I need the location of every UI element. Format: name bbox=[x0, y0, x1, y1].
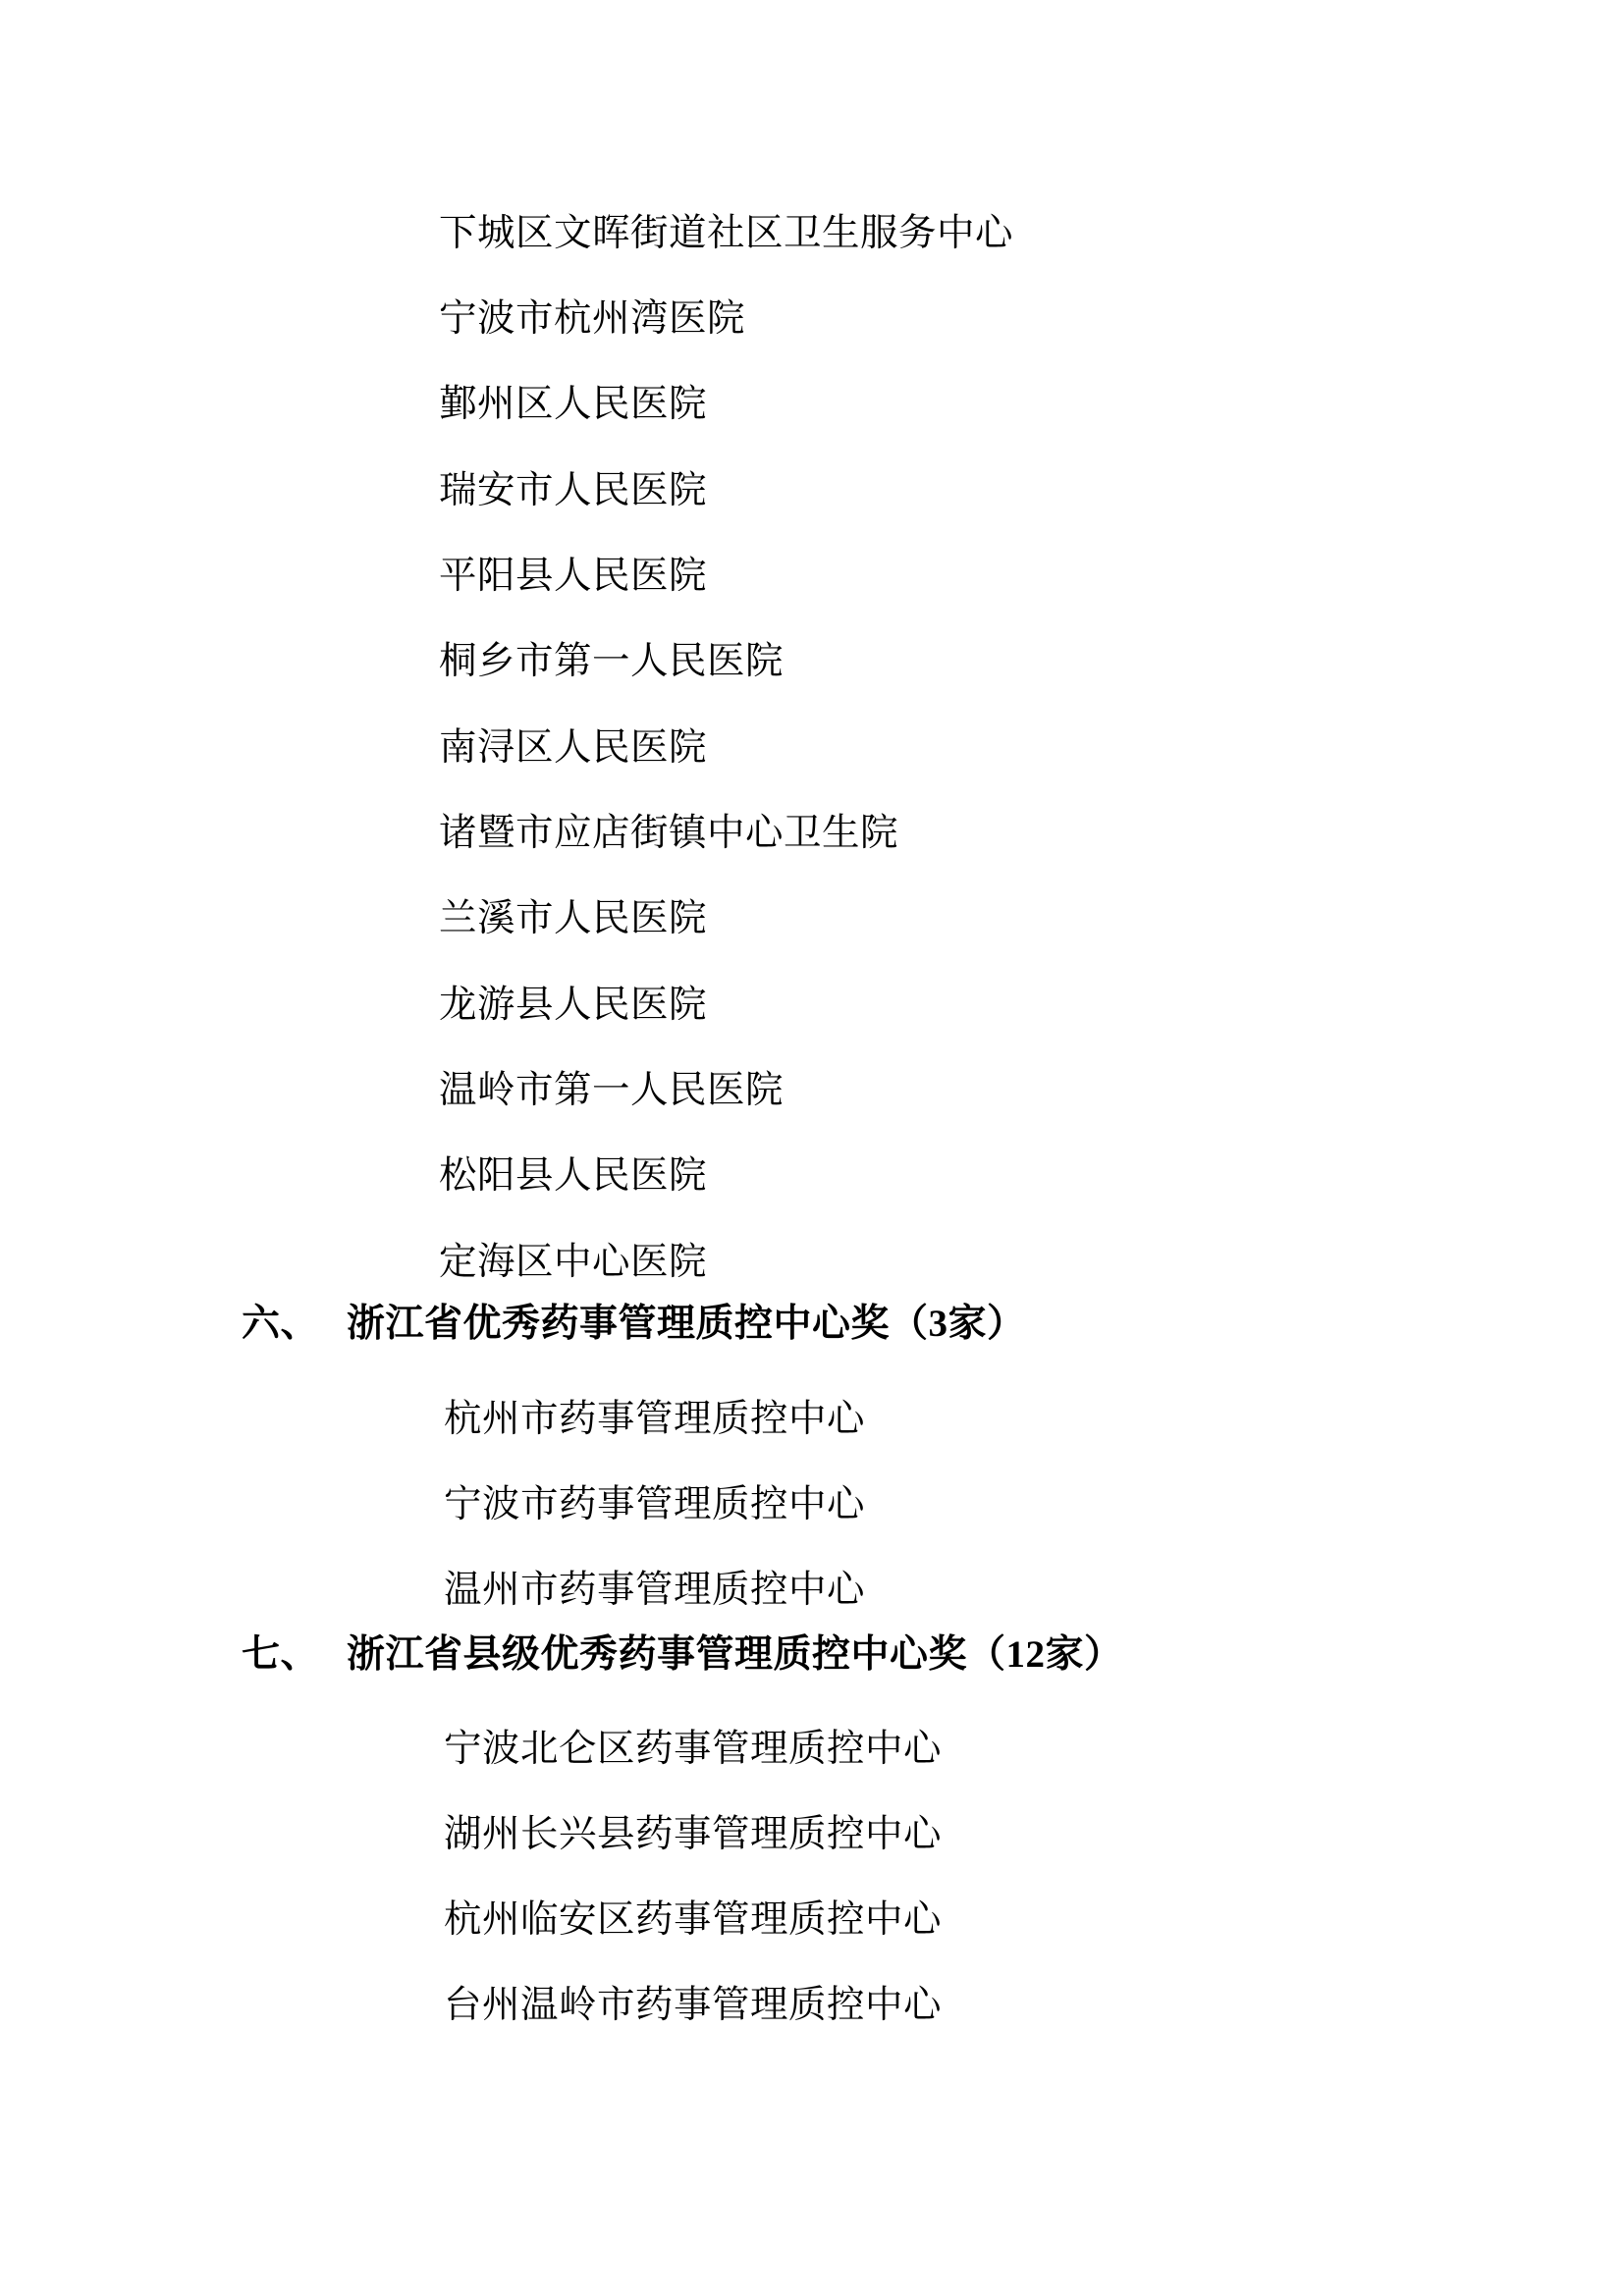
hospital-list-item: 鄞州区人民医院 bbox=[439, 383, 707, 426]
hospital-list-item: 定海区中心医院 bbox=[439, 1241, 707, 1284]
hospital-list-item: 瑞安市人民医院 bbox=[439, 469, 707, 512]
award-item: 杭州市药事管理质控中心 bbox=[444, 1398, 865, 1441]
section-number: 六、 bbox=[242, 1302, 347, 1347]
award-item: 湖州长兴县药事管理质控中心 bbox=[444, 1813, 942, 1856]
hospital-list-item: 温岭市第一人民医院 bbox=[439, 1069, 784, 1112]
hospital-list-item: 下城区文晖街道社区卫生服务中心 bbox=[439, 212, 1013, 255]
document-page: 下城区文晖街道社区卫生服务中心 宁波市杭州湾医院 鄞州区人民医院 瑞安市人民医院… bbox=[0, 0, 1624, 2296]
award-item: 宁波市药事管理质控中心 bbox=[444, 1483, 865, 1526]
award-item: 温州市药事管理质控中心 bbox=[444, 1569, 865, 1612]
award-item: 宁波北仑区药事管理质控中心 bbox=[444, 1728, 942, 1771]
section-title: 浙江省优秀药事管理质控中心奖（3家） bbox=[347, 1302, 1026, 1347]
hospital-list-item: 兰溪市人民医院 bbox=[439, 897, 707, 940]
hospital-list-item: 桐乡市第一人民医院 bbox=[439, 640, 784, 683]
hospital-list-item: 南浔区人民医院 bbox=[439, 726, 707, 770]
hospital-list-item: 平阳县人民医院 bbox=[439, 555, 707, 598]
section-title: 浙江省县级优秀药事管理质控中心奖（12家） bbox=[347, 1632, 1123, 1678]
hospital-list-item: 龙游县人民医院 bbox=[439, 984, 707, 1027]
section-heading-6: 六、 浙江省优秀药事管理质控中心奖（3家） bbox=[242, 1302, 1026, 1347]
section-number: 七、 bbox=[242, 1632, 347, 1678]
section-heading-7: 七、 浙江省县级优秀药事管理质控中心奖（12家） bbox=[242, 1632, 1123, 1678]
hospital-list-item: 诸暨市应店街镇中心卫生院 bbox=[439, 812, 898, 855]
hospital-list-item: 宁波市杭州湾医院 bbox=[439, 297, 745, 341]
award-item: 杭州临安区药事管理质控中心 bbox=[444, 1898, 942, 1942]
hospital-list-item: 松阳县人民医院 bbox=[439, 1154, 707, 1198]
award-item: 台州温岭市药事管理质控中心 bbox=[444, 1984, 942, 2027]
